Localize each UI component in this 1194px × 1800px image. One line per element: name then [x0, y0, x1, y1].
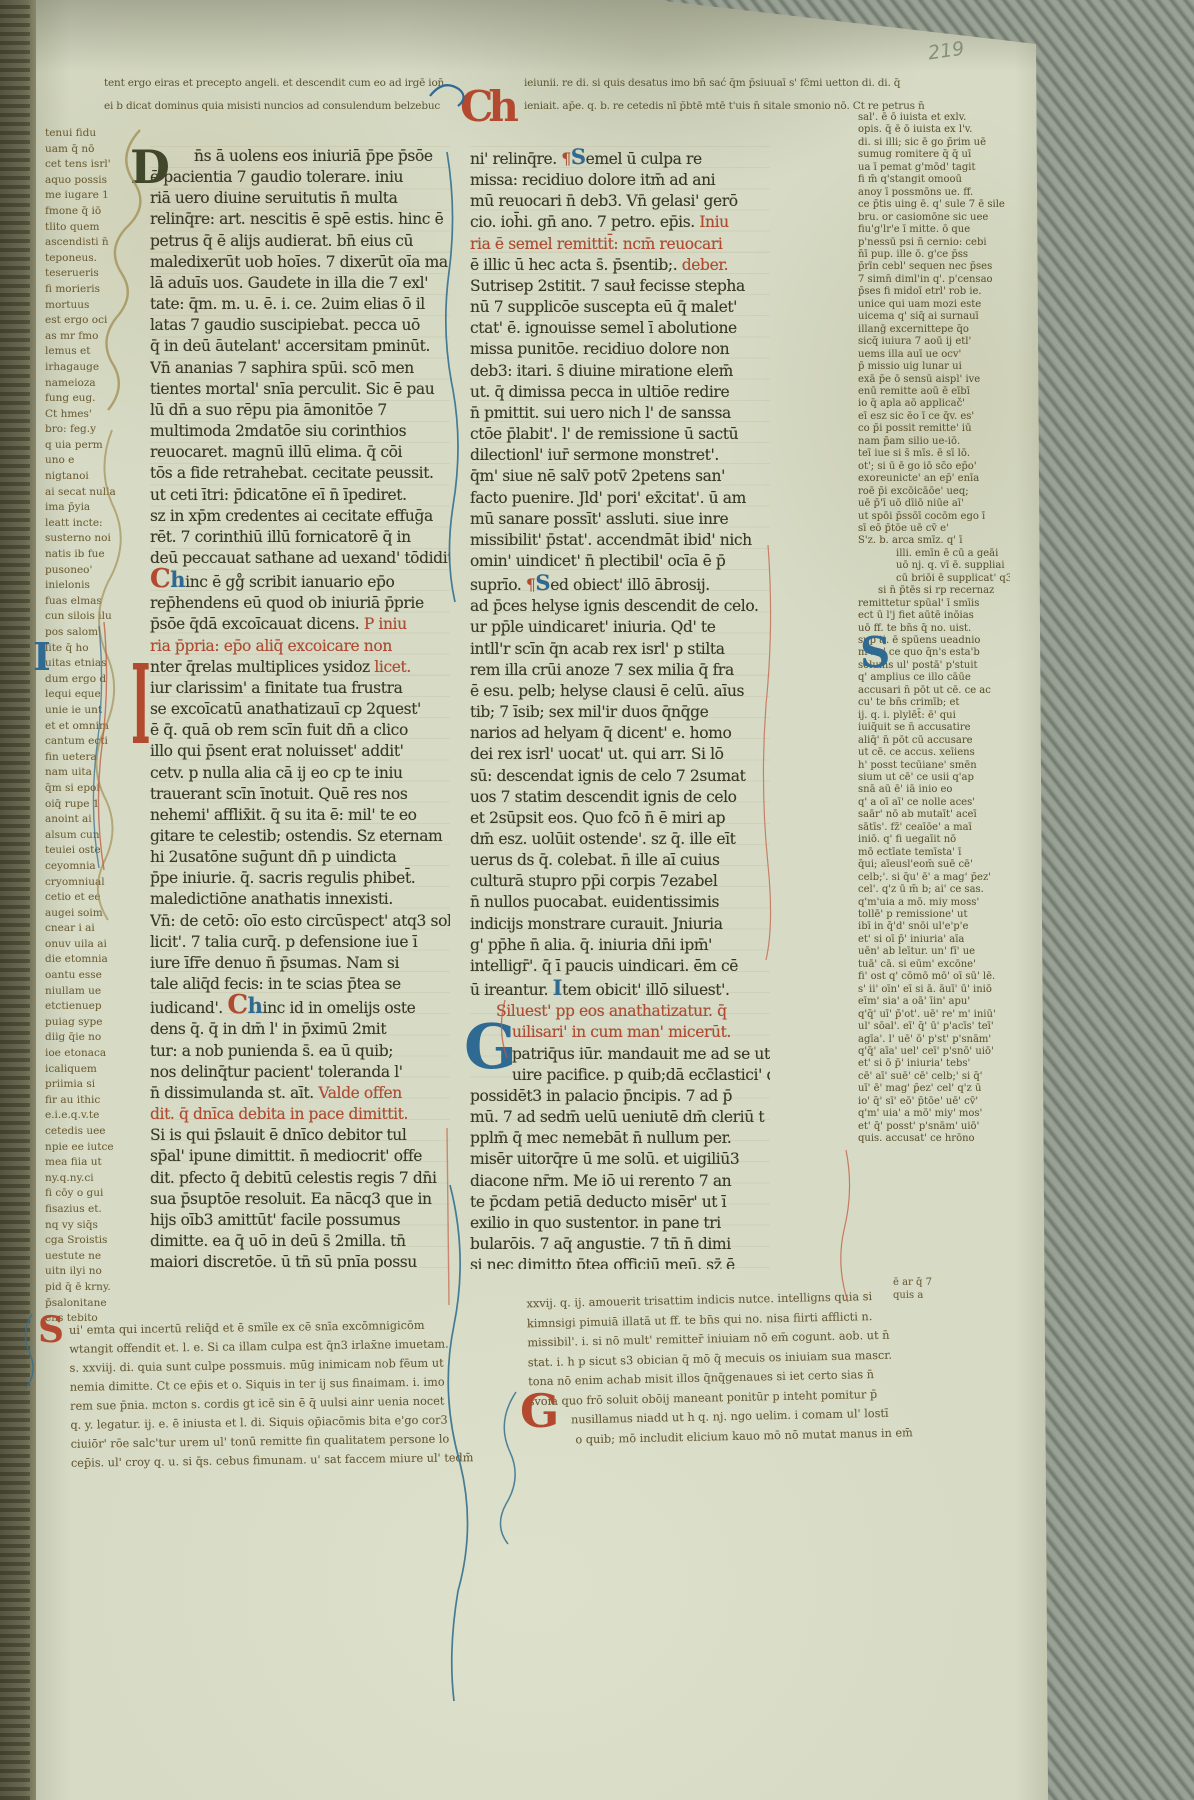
blue-line-left-margin — [93, 626, 101, 868]
blue-gutter-flourish-upper — [446, 152, 458, 602]
red-flourish-right-lower — [841, 1150, 850, 1302]
foliate-flourish-top-left — [106, 130, 140, 410]
foliate-flourish-left — [96, 430, 120, 920]
manuscript-photo: { "page": {"number": "219"}, "colors": {… — [0, 0, 1194, 1800]
blue-filigree-bottom-s — [25, 1314, 33, 1388]
red-bracket-silvester-rubric — [501, 1000, 507, 1058]
blue-paraph-header — [430, 85, 464, 106]
blue-gutter-flourish-lower — [448, 1185, 467, 1701]
red-line-right-column — [763, 545, 770, 960]
photo-stage: 219 tent ergo eiras et precepto angeli. … — [0, 0, 1194, 1800]
penwork-flourishes — [0, 0, 1194, 1800]
red-line-left-margin — [98, 622, 106, 870]
blue-filigree-bottom-g — [500, 1392, 516, 1544]
red-line-bottom-gutter — [447, 1128, 449, 1305]
